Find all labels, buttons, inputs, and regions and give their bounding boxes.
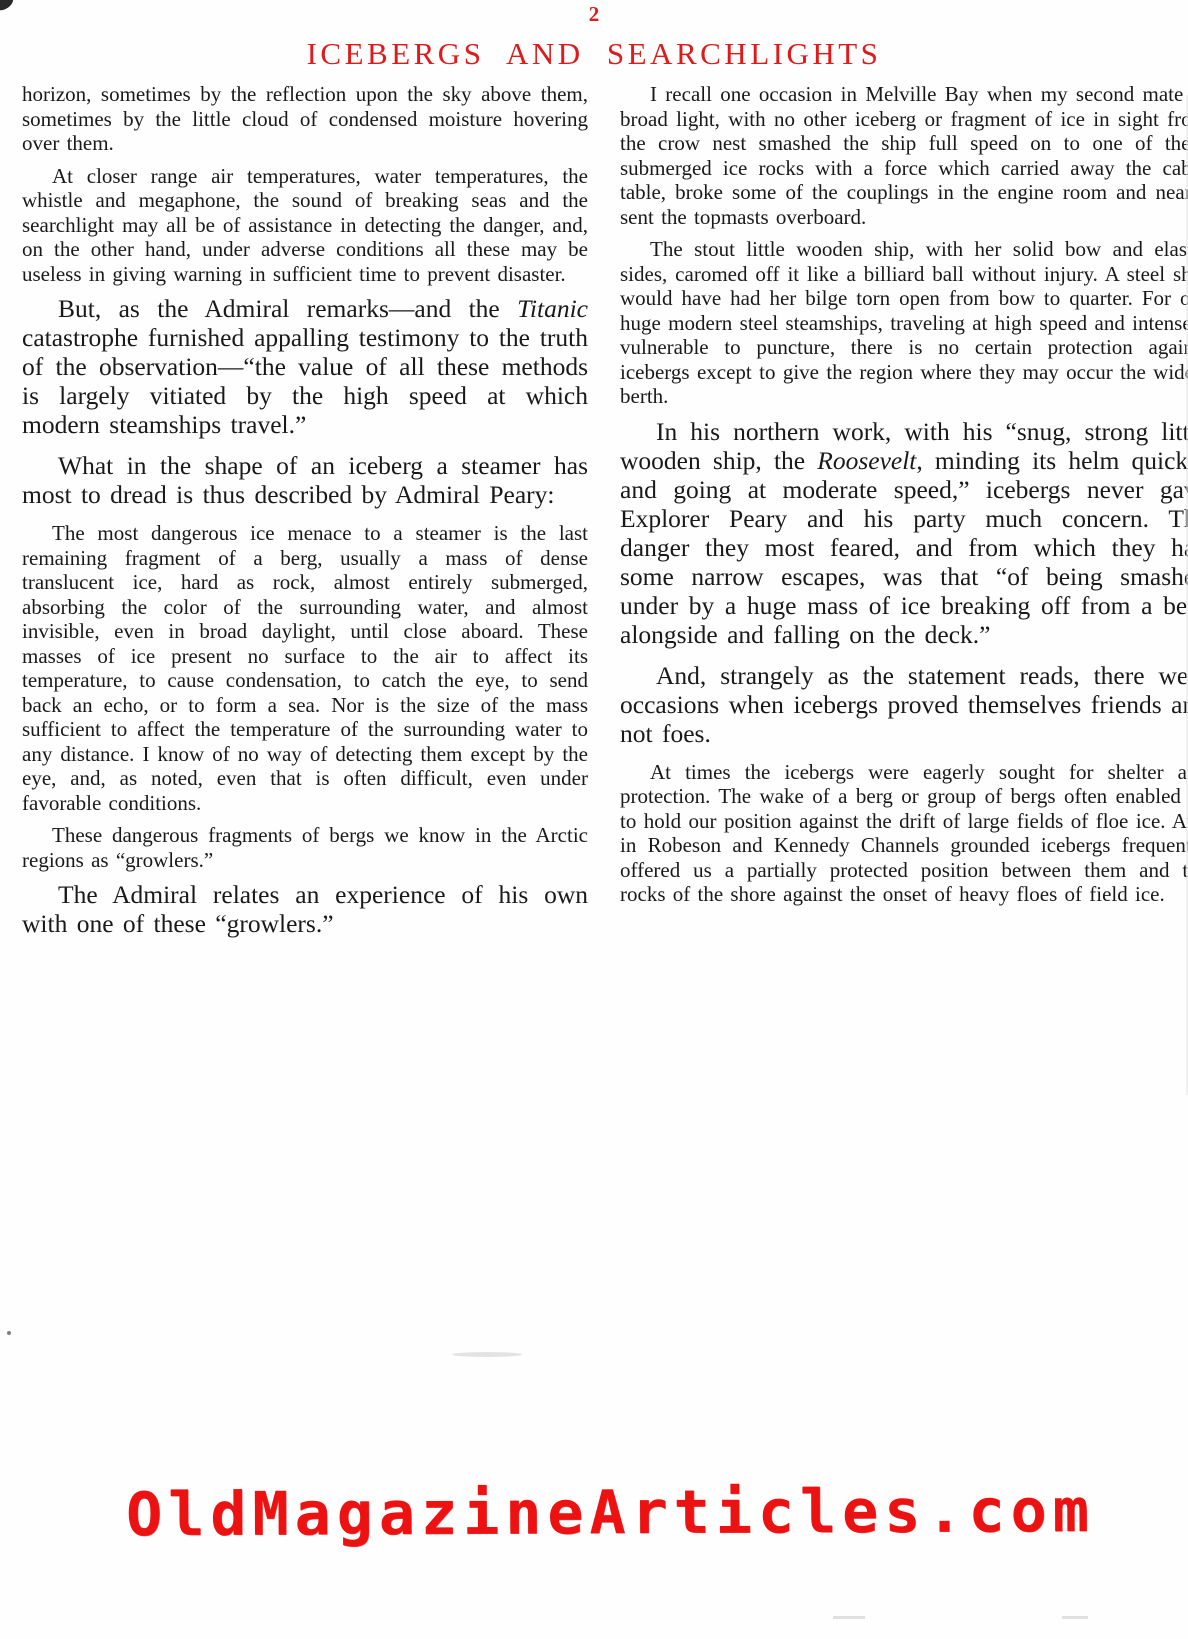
text-run: I recall one occasion in Melville Bay wh… — [620, 82, 1188, 229]
italic-text-run: Roosevelt — [817, 446, 916, 475]
text-run: At times the icebergs were eagerly sough… — [620, 760, 1188, 907]
paragraph: In his northern work, with his “snug, st… — [620, 417, 1188, 649]
paragraph: At times the icebergs were eagerly sough… — [620, 760, 1188, 907]
page-number: 2 — [0, 2, 1188, 27]
paragraph: The stout little wooden ship, with her s… — [620, 237, 1188, 409]
text-run: At closer range air temperatures, water … — [22, 164, 588, 286]
text-run: horizon, sometimes by the reflection upo… — [22, 82, 588, 155]
text-run: catastrophe furnished appalling testimon… — [22, 323, 588, 439]
scan-smudge — [1062, 1616, 1088, 1619]
scan-speck — [7, 1331, 11, 1335]
text-run: These dangerous fragments of bergs we kn… — [22, 823, 588, 872]
watermark: OldMagazineArticles.com — [126, 1476, 1116, 1550]
paragraph: What in the shape of an iceberg a steame… — [22, 451, 588, 509]
left-column: horizon, sometimes by the reflection upo… — [22, 82, 588, 950]
paragraph: And, strangely as the statement reads, t… — [620, 661, 1188, 748]
paragraph: horizon, sometimes by the reflection upo… — [22, 82, 588, 156]
scan-smudge — [833, 1616, 865, 1619]
article-title: ICEBERGS AND SEARCHLIGHTS — [0, 36, 1188, 72]
paragraph: I recall one occasion in Melville Bay wh… — [620, 82, 1188, 229]
magazine-page: 2 ICEBERGS AND SEARCHLIGHTS horizon, som… — [0, 0, 1188, 1639]
text-run: The Admiral relates an experience of his… — [22, 880, 588, 938]
text-run: , minding its helm quickly and going at … — [620, 446, 1188, 649]
text-run: The most dangerous ice menace to a steam… — [22, 521, 588, 815]
paragraph: The most dangerous ice menace to a steam… — [22, 521, 588, 815]
paragraph: The Admiral relates an experience of his… — [22, 880, 588, 938]
text-run: And, strangely as the statement reads, t… — [620, 661, 1188, 748]
paragraph: But, as the Admiral remarks—and the Tita… — [22, 294, 588, 439]
paragraph: These dangerous fragments of bergs we kn… — [22, 823, 588, 872]
text-run: But, as the Admiral remarks—and the — [58, 294, 517, 323]
italic-text-run: Titanic — [517, 294, 588, 323]
scan-smudge — [452, 1352, 522, 1357]
paragraph: At closer range air temperatures, water … — [22, 164, 588, 287]
text-run: What in the shape of an iceberg a steame… — [22, 451, 588, 509]
text-run: The stout little wooden ship, with her s… — [620, 237, 1188, 408]
right-column: I recall one occasion in Melville Bay wh… — [620, 82, 1188, 915]
